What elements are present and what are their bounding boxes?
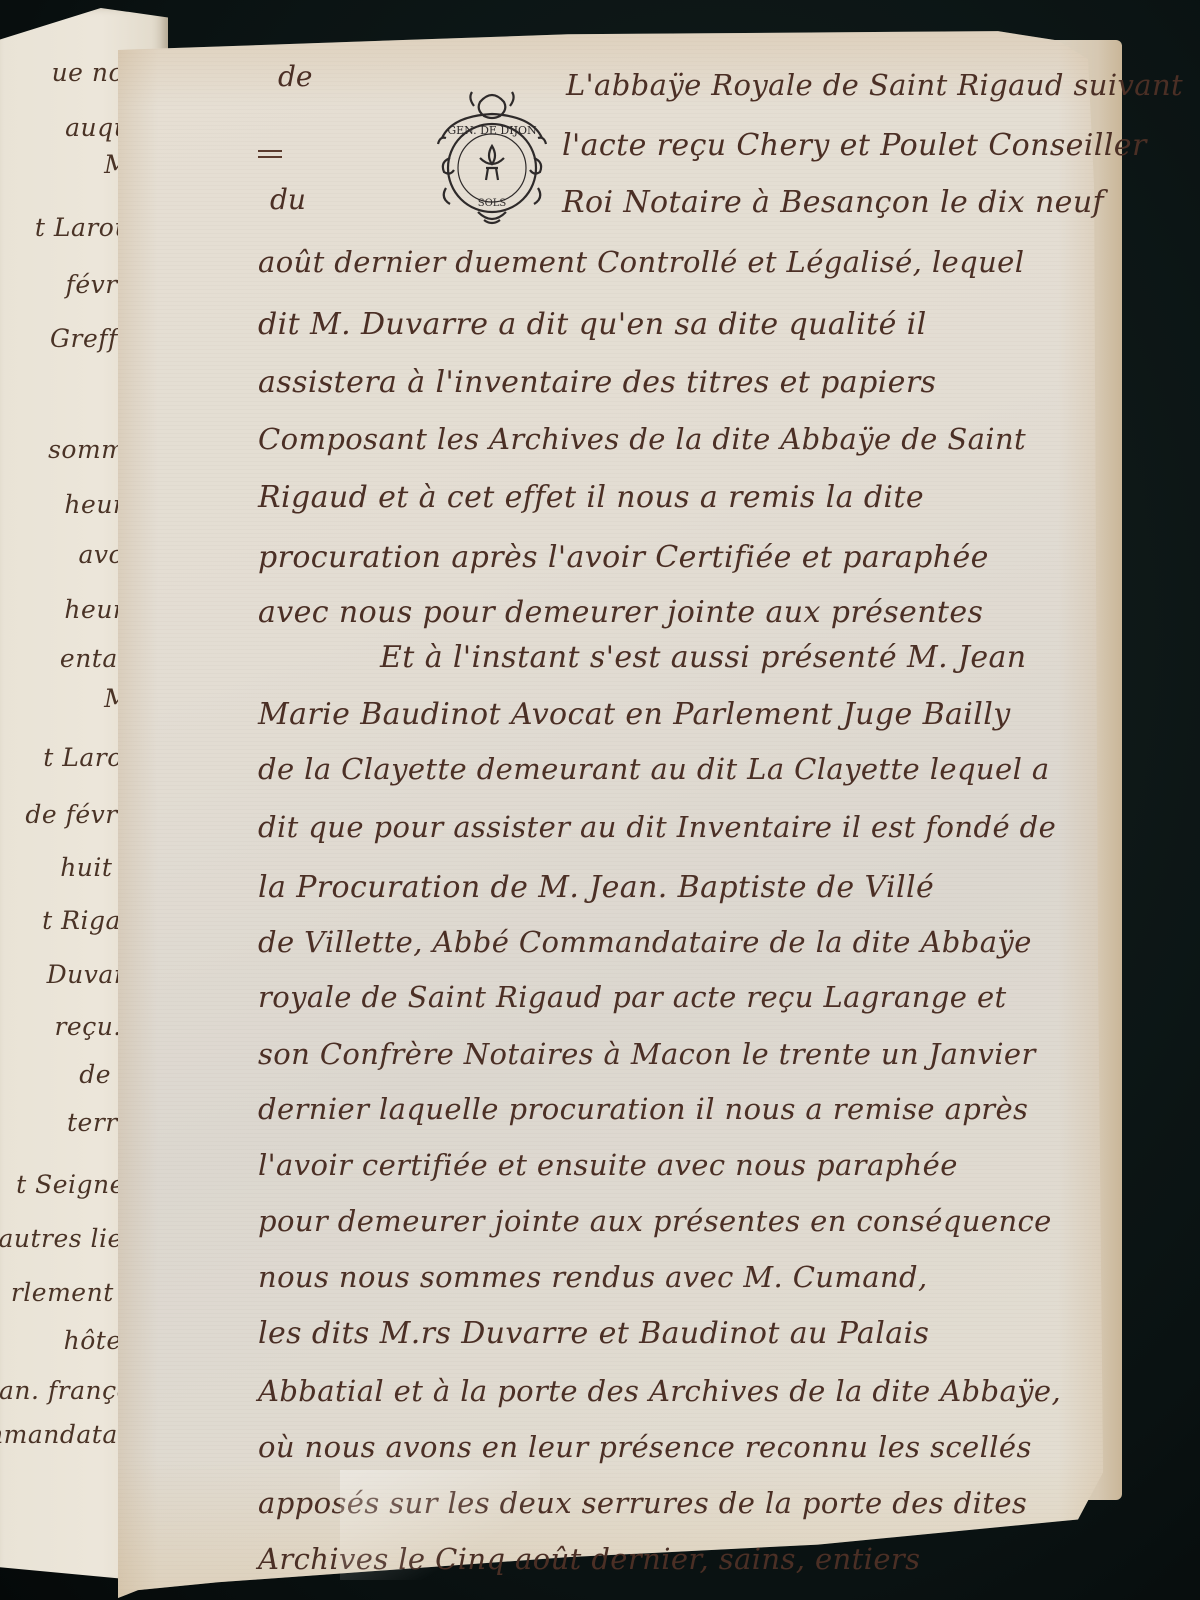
manuscript-line: nous nous sommes rendus avec M. Cumand, bbox=[258, 1260, 928, 1294]
manuscript-line: Rigaud et à cet effet il nous a remis la… bbox=[258, 480, 924, 515]
manuscript-line: assistera à l'inventaire des titres et p… bbox=[258, 365, 936, 400]
manuscript-line: procuration après l'avoir Certifiée et p… bbox=[258, 540, 989, 575]
manuscript-line: dit que pour assister au dit Inventaire … bbox=[258, 810, 1056, 844]
manuscript-line: son Confrère Notaires à Macon le trente … bbox=[258, 1037, 1036, 1071]
manuscript-line: dernier laquelle procuration il nous a r… bbox=[258, 1092, 1028, 1126]
paper-fold-highlight bbox=[340, 1470, 540, 1580]
manuscript-line: Et à l'instant s'est aussi présenté M. J… bbox=[380, 640, 1027, 675]
manuscript-line: L'abbaÿe Royale de Saint Rigaud suivant bbox=[566, 68, 1183, 102]
svg-text:SOLS: SOLS bbox=[478, 198, 507, 209]
manuscript-line: l'avoir certifiée et ensuite avec nous p… bbox=[258, 1148, 958, 1182]
manuscript-line: avec nous pour demeurer jointe aux prése… bbox=[258, 595, 983, 630]
manuscript-line: Marie Baudinot Avocat en Parlement Juge … bbox=[258, 697, 1011, 732]
manuscript-line: Composant les Archives de la dite Abbaÿe… bbox=[258, 422, 1026, 456]
svg-text:GEN. DE DIJON: GEN. DE DIJON bbox=[447, 124, 537, 137]
fiscal-stamp-icon: GEN. DE DIJON SOLS bbox=[428, 88, 556, 228]
margin-word: de bbox=[278, 60, 313, 93]
manuscript-line: dit M. Duvarre a dit qu'en sa dite quali… bbox=[258, 307, 927, 342]
manuscript-line: la Procuration de M. Jean. Baptiste de V… bbox=[258, 870, 934, 905]
manuscript-line: royale de Saint Rigaud par acte reçu Lag… bbox=[258, 980, 1007, 1014]
manuscript-line: de Villette, Abbé Commandataire de la di… bbox=[258, 925, 1032, 959]
manuscript-line: Abbatial et à la porte des Archives de l… bbox=[258, 1374, 1061, 1408]
line-filler-dash bbox=[258, 156, 282, 158]
manuscript-line: où nous avons en leur présence reconnu l… bbox=[258, 1430, 1032, 1464]
manuscript-line: Roi Notaire à Besançon le dix neuf bbox=[562, 185, 1104, 220]
manuscript-line: août dernier duement Controllé et Légali… bbox=[258, 245, 1024, 279]
manuscript-line: de la Clayette demeurant au dit La Claye… bbox=[258, 752, 1050, 786]
line-filler-dash bbox=[258, 150, 282, 152]
margin-word: du bbox=[270, 183, 306, 216]
manuscript-line: l'acte reçu Chery et Poulet Conseiller bbox=[562, 128, 1147, 163]
manuscript-line: pour demeurer jointe aux présentes en co… bbox=[258, 1204, 1052, 1238]
manuscript-line: les dits M.rs Duvarre et Baudinot au Pal… bbox=[258, 1316, 929, 1351]
